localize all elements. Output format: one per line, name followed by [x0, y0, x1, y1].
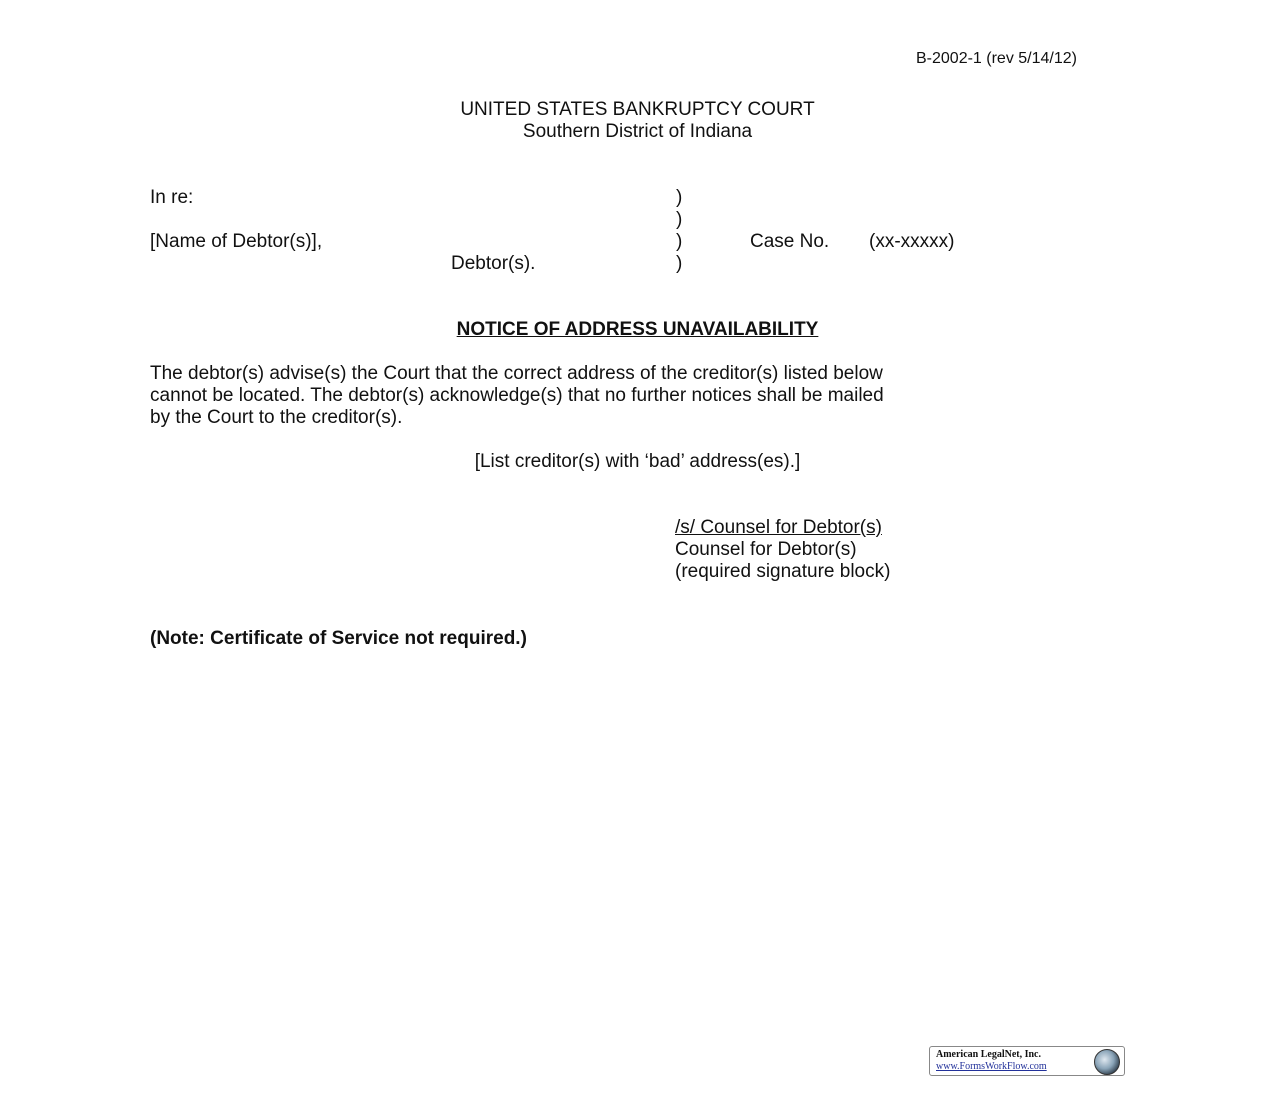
signature-name: Counsel for Debtor(s): [675, 539, 857, 561]
court-name: UNITED STATES BANKRUPTCY COURT: [0, 99, 1275, 121]
signature-line: /s/ Counsel for Debtor(s): [675, 517, 882, 539]
globe-logo-icon: [1094, 1049, 1120, 1075]
case-no-label: Case No.: [750, 231, 829, 253]
caption-paren-4: ): [676, 253, 682, 275]
court-district: Southern District of Indiana: [0, 121, 1275, 143]
debtor-label: Debtor(s).: [451, 253, 535, 275]
debtor-name: [Name of Debtor(s)],: [150, 231, 322, 253]
body-line: The debtor(s) advise(s) the Court that t…: [150, 363, 1140, 385]
caption-paren-1: ): [676, 187, 682, 209]
american-legalnet-badge[interactable]: American LegalNet, Inc. www.FormsWorkFlo…: [929, 1046, 1125, 1076]
service-note: (Note: Certificate of Service not requir…: [150, 628, 527, 650]
creditor-list-placeholder: [List creditor(s) with ‘bad’ address(es)…: [0, 451, 1275, 473]
body-paragraph: The debtor(s) advise(s) the Court that t…: [150, 363, 1140, 429]
in-re-label: In re:: [150, 187, 193, 209]
caption-paren-2: ): [676, 209, 682, 231]
case-no-value: (xx-xxxxx): [869, 231, 954, 253]
document-title: NOTICE OF ADDRESS UNAVAILABILITY: [0, 319, 1275, 341]
form-id: B-2002-1 (rev 5/14/12): [916, 48, 1077, 70]
signature-note: (required signature block): [675, 561, 890, 583]
badge-url-link[interactable]: www.FormsWorkFlow.com: [936, 1061, 1047, 1072]
badge-company: American LegalNet, Inc.: [936, 1049, 1041, 1060]
body-line: cannot be located. The debtor(s) acknowl…: [150, 385, 1140, 407]
caption-paren-3: ): [676, 231, 682, 253]
body-line: by the Court to the creditor(s).: [150, 407, 1140, 429]
